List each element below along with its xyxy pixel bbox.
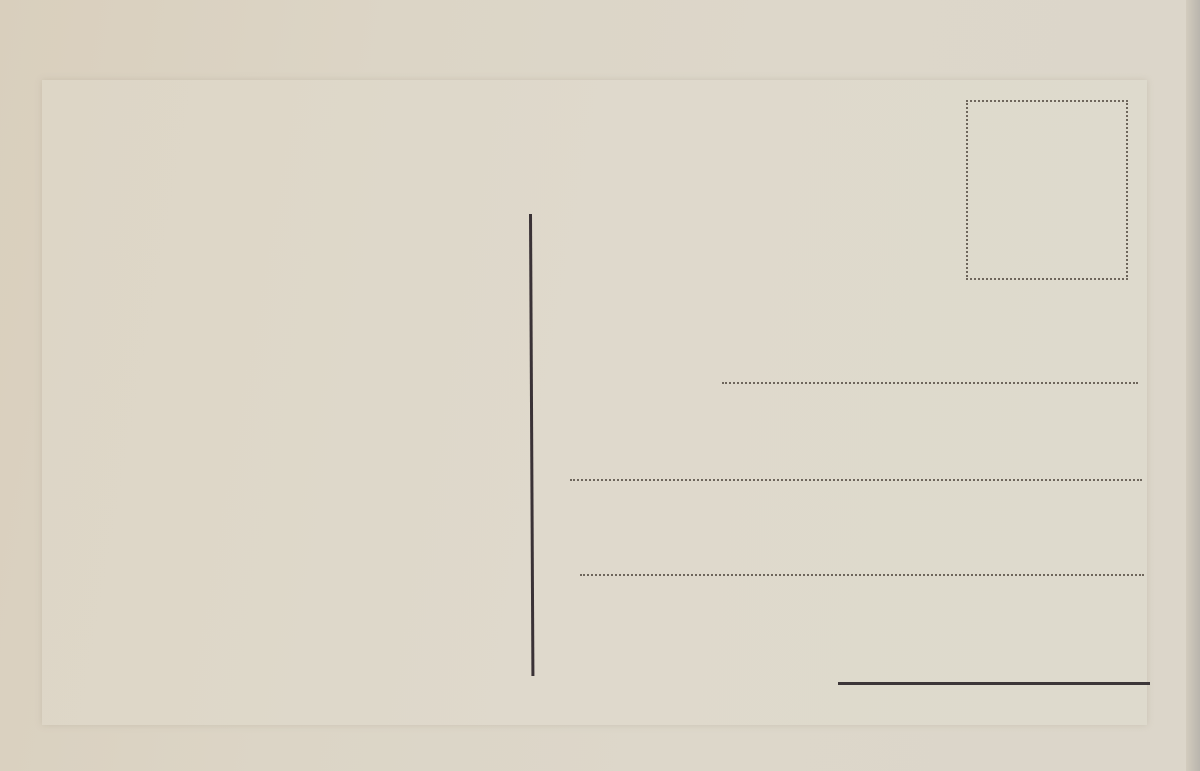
address-line-bottom	[838, 682, 1150, 685]
address-line-2	[570, 479, 1142, 481]
address-line-3	[580, 574, 1144, 576]
stamp-box	[966, 100, 1128, 280]
address-line-1	[722, 382, 1138, 384]
card-edge	[1186, 0, 1200, 771]
postcard-back	[0, 0, 1200, 771]
